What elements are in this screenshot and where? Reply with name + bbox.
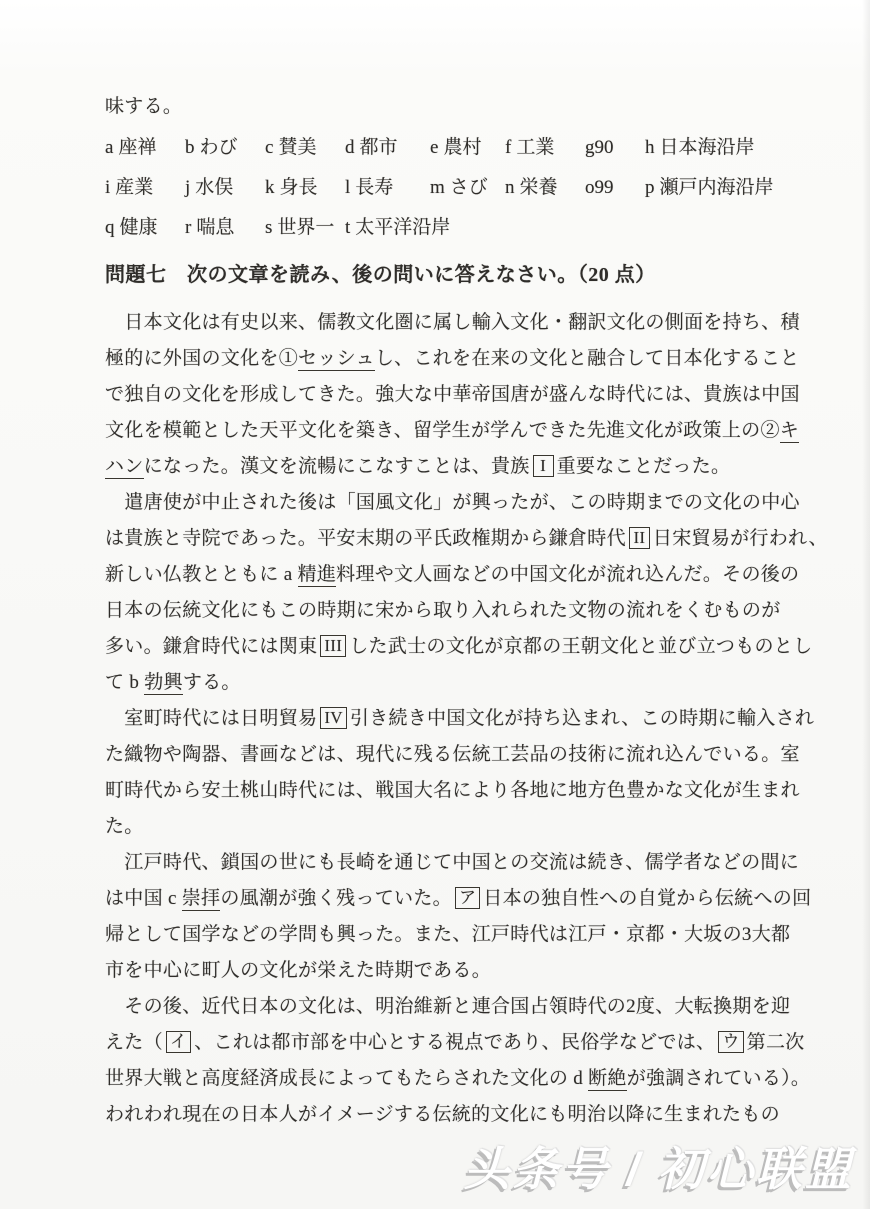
underlined-term: キ (780, 420, 799, 443)
underlined-term: 崇拝 (182, 888, 221, 911)
text-segment: えた（ (105, 1032, 163, 1053)
option-label: 賛美 (278, 137, 316, 158)
passage: 日本文化は有史以来、儒教文化圏に属し輸入文化・翻訳文化の側面を持ち、積極的に外国… (105, 305, 805, 1133)
text-line: 帰として国学などの学問も興った。また、江戸時代は江戸・京都・大坂の3大都 (105, 917, 805, 953)
option-label: さび (450, 177, 488, 198)
boxed-marker: イ (166, 1031, 191, 1053)
text-segment: 重要なことだった。 (557, 456, 731, 477)
boxed-marker: ウ (718, 1031, 743, 1053)
option-label: 健康 (120, 217, 158, 238)
text-segment: 市を中心に町人の文化が栄えた時期である。 (105, 960, 491, 981)
text-line: 市を中心に町人の文化が栄えた時期である。 (105, 953, 805, 989)
text-segment: 日本の独自性への自覚から伝統への回 (483, 888, 811, 909)
underlined-term: セッシュ (298, 348, 375, 371)
option-label: 農村 (443, 137, 481, 158)
option-key: r (185, 217, 191, 238)
option-item: c賛美 (265, 128, 345, 168)
text-line: は貴族と寺院であった。平安末期の平氏政権期から鎌倉時代II日宋貿易が行われ、 (105, 521, 805, 557)
option-item: mさび (430, 168, 505, 208)
document-body: 味する。 a座禅bわびc賛美d都市e農村f工業g90h日本海沿岸i産業j水俣k身… (105, 88, 805, 1133)
option-row: a座禅bわびc賛美d都市e農村f工業g90h日本海沿岸 (105, 128, 805, 168)
question-heading: 問題七 次の文章を読み、後の問いに答えなさい。（20 点） (105, 258, 805, 292)
underlined-term: 精進 (298, 564, 337, 587)
option-key: l (345, 177, 350, 198)
option-item: t太平洋沿岸 (345, 208, 430, 248)
text-segment: は中国 c (105, 888, 182, 909)
answer-options: a座禅bわびc賛美d都市e農村f工業g90h日本海沿岸i産業j水俣k身長l長寿m… (105, 128, 805, 248)
option-item: o99 (585, 168, 645, 208)
option-label: 栄養 (520, 177, 558, 198)
text-segment: 、これは都市部を中心とする視点であり、民俗学などでは、 (194, 1032, 715, 1053)
option-label: 日本海沿岸 (660, 137, 755, 158)
text-segment: 世界大戦と高度経済成長によってもたらされた文化の d (105, 1068, 588, 1089)
text-segment: 日本の伝統文化にもこの時期に宋から取り入れられた文物の流れをくむものが (105, 600, 781, 621)
text-segment: われわれ現在の日本人がイメージする伝統的文化にも明治以降に生まれたもの (105, 1104, 780, 1125)
text-line: た。 (105, 809, 805, 845)
boxed-marker: I (533, 455, 554, 477)
option-key: t (345, 217, 350, 238)
text-line: 極的に外国の文化を①セッシュし、これを在来の文化と融合して日本化すること (105, 341, 805, 377)
option-key: h (645, 137, 655, 158)
boxed-marker: II (629, 527, 650, 549)
text-line: で独自の文化を形成してきた。強大な中華帝国唐が盛んな時代には、貴族は中国 (105, 377, 805, 413)
text-line: 江戸時代、鎖国の世にも長崎を通じて中国との交流は続き、儒学者などの間に (105, 845, 805, 881)
option-item: i産業 (105, 168, 185, 208)
text-segment: 文化を模範とした天平文化を築き、留学生が学んできた先進文化が政策上の② (105, 420, 780, 441)
option-label: 産業 (115, 177, 153, 198)
text-line: 室町時代には日明貿易IV引き続き中国文化が持ち込まれ、この時期に輸入され (105, 701, 805, 737)
option-item: s世界一 (265, 208, 345, 248)
text-segment: の風潮が強く残っていた。 (220, 888, 452, 909)
text-line: 新しい仏教とともに a 精進料理や文人画などの中国文化が流れ込んだ。その後の (105, 557, 805, 593)
option-row: i産業j水俣k身長l長寿mさびn栄養o99p瀬戸内海沿岸 (105, 168, 805, 208)
option-label: 水俣 (195, 177, 233, 198)
option-key: p (645, 177, 655, 198)
option-item: bわび (185, 128, 265, 168)
text-segment: し、これを在来の文化と融合して日本化すること (375, 348, 800, 369)
option-label: 99 (595, 177, 614, 198)
text-segment: が強調されている）。 (627, 1068, 811, 1089)
text-segment: 多い。鎌倉時代には関東 (105, 636, 317, 657)
text-segment: た。 (105, 816, 144, 837)
text-line: われわれ現在の日本人がイメージする伝統的文化にも明治以降に生まれたもの (105, 1097, 805, 1133)
text-line: 文化を模範とした天平文化を築き、留学生が学んできた先進文化が政策上の②キ (105, 413, 805, 449)
text-line: 世界大戦と高度経済成長によってもたらされた文化の d 断絶が強調されている）。 (105, 1061, 805, 1097)
text-segment: 町時代から安土桃山時代には、戦国大名により各地に地方色豊かな文化が生まれ (105, 780, 800, 801)
option-item: l長寿 (345, 168, 430, 208)
underlined-term: 断絶 (588, 1068, 627, 1091)
option-label: 90 (595, 137, 614, 158)
text-segment: 引き続き中国文化が持ち込まれ、この時期に輸入され (350, 708, 814, 729)
text-segment: 日宋貿易が行われ、 (653, 528, 828, 549)
option-label: 太平洋沿岸 (355, 217, 450, 238)
option-label: 喘息 (196, 217, 234, 238)
text-segment: は貴族と寺院であった。平安末期の平氏政権期から鎌倉時代 (105, 528, 626, 549)
option-key: c (265, 137, 273, 158)
text-line: 多い。鎌倉時代には関東IIIした武士の文化が京都の王朝文化と並び立つものとし (105, 629, 805, 665)
option-row: q健康r喘息s世界一t太平洋沿岸 (105, 208, 805, 248)
option-label: 長寿 (355, 177, 393, 198)
continuation-text: 味する。 (105, 88, 805, 125)
text-segment: 遣唐使が中止された後は「国風文化」が興ったが、この時期までの文化の中心 (105, 492, 800, 513)
option-item: j水俣 (185, 168, 265, 208)
option-item: p瀬戸内海沿岸 (645, 168, 805, 208)
option-key: b (185, 137, 195, 158)
option-key: a (105, 137, 113, 158)
option-key: g (585, 137, 595, 158)
underlined-term: 勃興 (144, 672, 183, 695)
option-item: e農村 (430, 128, 505, 168)
text-line: ハンになった。漢文を流暢にこなすことは、貴族I重要なことだった。 (105, 449, 805, 485)
option-key: e (430, 137, 438, 158)
option-key: i (105, 177, 110, 198)
text-segment: 第二次 (747, 1032, 805, 1053)
text-segment: 極的に外国の文化を① (105, 348, 298, 369)
option-label: 都市 (360, 137, 398, 158)
boxed-marker: ア (455, 887, 480, 909)
option-key: k (265, 177, 275, 198)
boxed-marker: III (320, 635, 346, 657)
boxed-marker: IV (320, 707, 347, 729)
text-segment: 日本文化は有史以来、儒教文化圏に属し輸入文化・翻訳文化の側面を持ち、積 (105, 312, 800, 333)
option-label: わび (200, 137, 238, 158)
option-label: 瀬戸内海沿岸 (660, 177, 774, 198)
option-item: g90 (585, 128, 645, 168)
option-label: 世界一 (277, 217, 334, 238)
text-line: 日本の伝統文化にもこの時期に宋から取り入れられた文物の流れをくむものが (105, 593, 805, 629)
option-label: 座禅 (118, 137, 156, 158)
option-item: d都市 (345, 128, 430, 168)
text-line: た織物や陶器、書画などは、現代に残る伝統工芸品の技術に流れ込んでいる。室 (105, 737, 805, 773)
option-item: a座禅 (105, 128, 185, 168)
text-segment: 帰として国学などの学問も興った。また、江戸時代は江戸・京都・大坂の3大都 (105, 924, 790, 945)
option-item: k身長 (265, 168, 345, 208)
text-segment: する。 (183, 672, 241, 693)
text-segment: した武士の文化が京都の王朝文化と並び立つものとし (349, 636, 812, 657)
text-segment: 新しい仏教とともに a (105, 564, 298, 585)
text-segment: で独自の文化を形成してきた。強大な中華帝国唐が盛んな時代には、貴族は中国 (105, 384, 800, 405)
option-key: q (105, 217, 115, 238)
text-segment: になった。漢文を流暢にこなすことは、貴族 (144, 456, 530, 477)
text-line: 遣唐使が中止された後は「国風文化」が興ったが、この時期までの文化の中心 (105, 485, 805, 521)
text-line: は中国 c 崇拝の風潮が強く残っていた。ア日本の独自性への自覚から伝統への回 (105, 881, 805, 917)
text-segment: 江戸時代、鎖国の世にも長崎を通じて中国との交流は続き、儒学者などの間に (105, 852, 799, 873)
scanned-exam-page: 味する。 a座禅bわびc賛美d都市e農村f工業g90h日本海沿岸i産業j水俣k身… (0, 0, 870, 1209)
option-key: n (505, 177, 515, 198)
option-key: s (265, 217, 272, 238)
option-key: j (185, 177, 190, 198)
option-item: q健康 (105, 208, 185, 248)
option-item: r喘息 (185, 208, 265, 248)
text-segment: 室町時代には日明貿易 (105, 708, 317, 729)
text-line: 町時代から安土桃山時代には、戦国大名により各地に地方色豊かな文化が生まれ (105, 773, 805, 809)
text-line: 日本文化は有史以来、儒教文化圏に属し輸入文化・翻訳文化の側面を持ち、積 (105, 305, 805, 341)
option-label: 工業 (516, 137, 554, 158)
option-item: n栄養 (505, 168, 585, 208)
text-segment: た織物や陶器、書画などは、現代に残る伝統工芸品の技術に流れ込んでいる。室 (105, 744, 800, 765)
option-key: d (345, 137, 355, 158)
text-line: その後、近代日本の文化は、明治維新と連合国占領時代の2度、大転換期を迎 (105, 989, 805, 1025)
option-key: m (430, 177, 445, 198)
option-label: 身長 (280, 177, 318, 198)
option-key: f (505, 137, 511, 158)
underlined-term: ハン (105, 456, 144, 479)
text-line: て b 勃興する。 (105, 665, 805, 701)
watermark: 头条号 / 初心联盟 (464, 1133, 854, 1199)
option-key: o (585, 177, 595, 198)
option-item: f工業 (505, 128, 585, 168)
text-line: えた（イ、これは都市部を中心とする視点であり、民俗学などでは、ウ第二次 (105, 1025, 805, 1061)
text-segment: 料理や文人画などの中国文化が流れ込んだ。その後の (336, 564, 799, 585)
text-segment: その後、近代日本の文化は、明治維新と連合国占領時代の2度、大転換期を迎 (105, 996, 790, 1017)
option-item: h日本海沿岸 (645, 128, 805, 168)
text-segment: て b (105, 672, 144, 693)
